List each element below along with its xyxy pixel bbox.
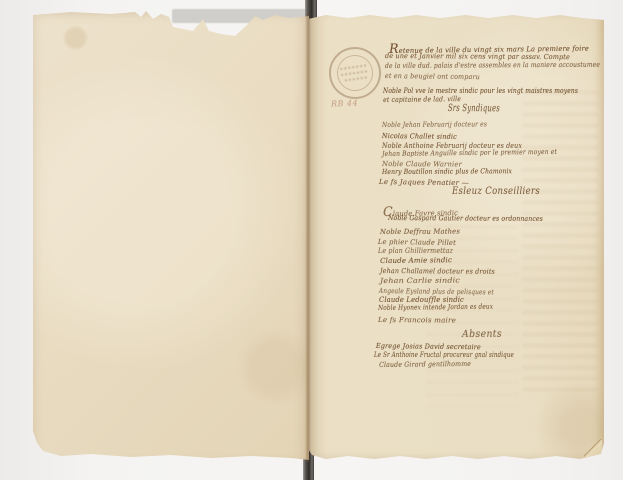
manuscript-line: Noble Deffrau Mathes bbox=[380, 228, 460, 236]
manuscript-line: Noble Hyonex intende Jordan es deux bbox=[378, 303, 493, 312]
manuscript-line: Jehan Carlie sindic bbox=[380, 277, 460, 285]
manuscript-line: Esleuz Conseilliers bbox=[452, 186, 540, 197]
gutter-crease bbox=[305, 13, 311, 462]
manuscript-line: Henry Boutillon sindic plus de Chamonix bbox=[382, 167, 512, 176]
manuscript-line: et en a beugiel ont comparu bbox=[385, 72, 480, 81]
manuscript-line: Noble Gaspard Gautier docteur es ordonna… bbox=[388, 214, 543, 223]
manuscript-line: Claude Girard gentilhomme bbox=[379, 360, 471, 369]
manuscript-line: Le Sr Anthoine Fructal procureur gnal si… bbox=[374, 351, 514, 359]
manuscript-line: Noble Jehan Februarij docteur es bbox=[382, 120, 487, 129]
manuscript-line: Le fs Francois maire bbox=[378, 316, 456, 324]
manuscript-line: Claude Amie sindic bbox=[380, 256, 452, 265]
manuscript-line: Le plan Ghilliermettaz bbox=[378, 247, 453, 255]
manuscript-scan: RB 44 Retenue de la ville du vingt six m… bbox=[0, 0, 623, 480]
manuscript-lines: Retenue de la ville du vingt six mars La… bbox=[308, 13, 604, 463]
manuscript-line: Jehan Baptiste Anguille sindic por le pr… bbox=[382, 148, 557, 158]
manuscript-line: Angeale Eysland plus de pelisques et bbox=[379, 287, 494, 296]
manuscript-line: Absents bbox=[462, 329, 502, 340]
manuscript-line: Nicolas Challet sindic bbox=[382, 132, 457, 141]
manuscript-line: de une et Janvier mil six cens vingt par… bbox=[385, 52, 570, 61]
manuscript-line: Le phier Claude Pillet bbox=[378, 238, 456, 247]
left-page bbox=[31, 11, 309, 461]
folded-corner bbox=[584, 439, 602, 457]
manuscript-line: Noble Pol vve le mestre sindic pour les … bbox=[383, 87, 578, 95]
right-page: RB 44 Retenue de la ville du vingt six m… bbox=[308, 13, 604, 463]
manuscript-line: Jehan Challamel docteur es droits bbox=[380, 267, 495, 276]
manuscript-line: Egrege Josias David secretaire bbox=[376, 342, 481, 351]
manuscript-line: Srs Syndiques bbox=[448, 103, 500, 114]
manuscript-line: de la ville dud. palais d'estre assemble… bbox=[385, 61, 600, 70]
